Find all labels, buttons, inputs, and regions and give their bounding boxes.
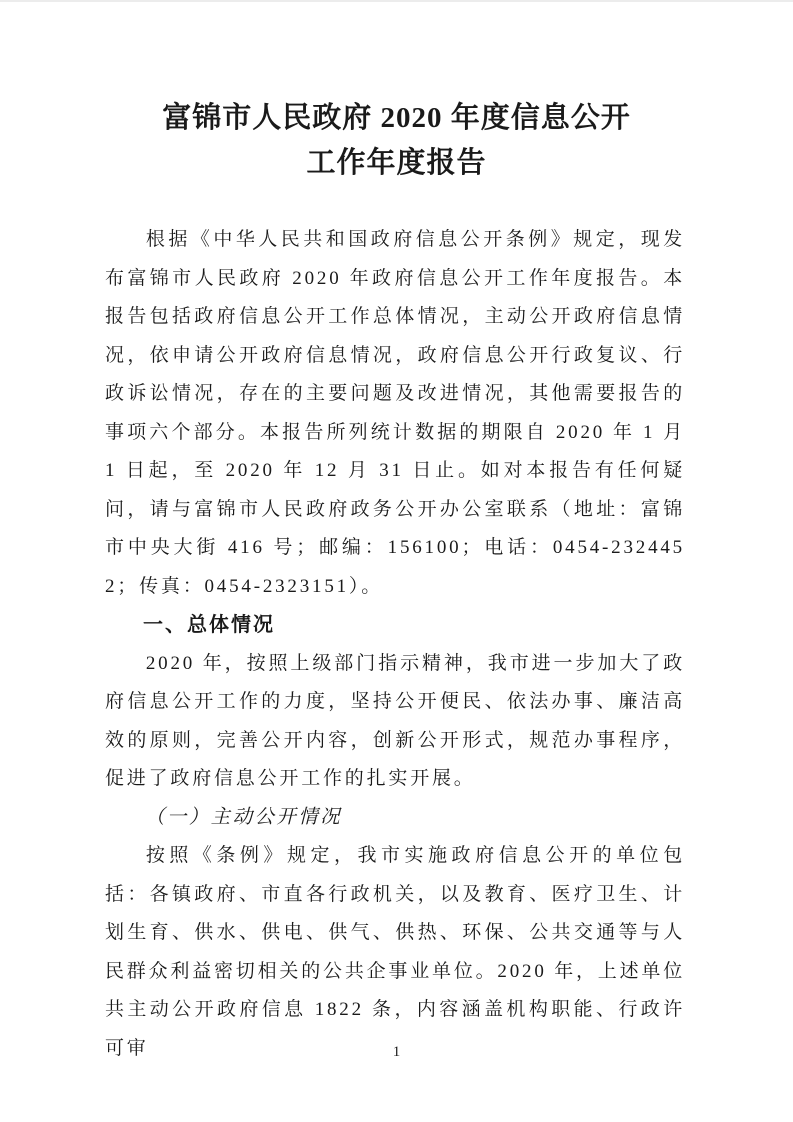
- document-page: 富锦市人民政府 2020 年度信息公开 工作年度报告 根据《中华人民共和国政府信…: [0, 0, 793, 1122]
- subsection-1-heading: （一）主动公开情况: [105, 799, 685, 838]
- section-1-paragraph: 2020 年，按照上级部门指示精神，我市进一步加大了政府信息公开工作的力度，坚持…: [105, 645, 685, 799]
- section-1-heading: 一、总体情况: [105, 606, 685, 645]
- intro-paragraph: 根据《中华人民共和国政府信息公开条例》规定，现发布富锦市人民政府 2020 年政…: [105, 221, 685, 606]
- subsection-1-paragraph: 按照《条例》规定，我市实施政府信息公开的单位包括：各镇政府、市直各行政机关，以及…: [105, 837, 685, 1068]
- document-title-line1: 富锦市人民政府 2020 年度信息公开: [0, 96, 793, 141]
- document-title: 富锦市人民政府 2020 年度信息公开 工作年度报告: [0, 96, 793, 186]
- page-number: 1: [0, 1045, 793, 1060]
- document-title-line2: 工作年度报告: [0, 141, 793, 186]
